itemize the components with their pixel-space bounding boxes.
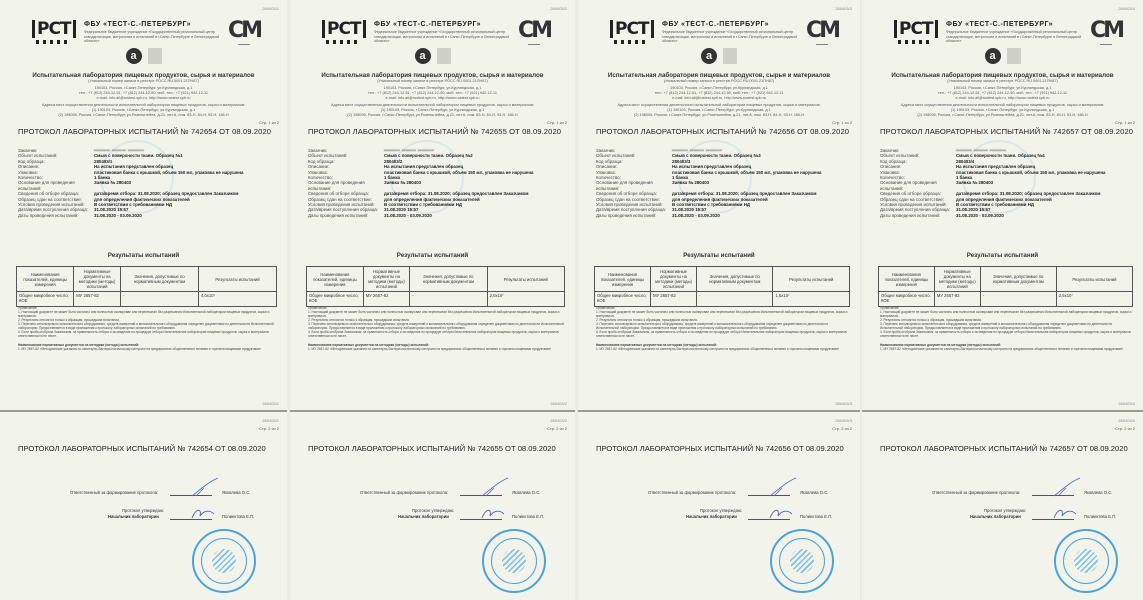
- result-cell: 4,0x10⁷: [198, 292, 276, 307]
- page-number: Стр. 2 из 2: [547, 426, 567, 431]
- certification-icon: [148, 48, 162, 64]
- results-table: Наименования показателей, единицы измере…: [594, 266, 850, 307]
- activity-address-2: (2) 198095, Россия, г.Санкт-Петербург, у…: [578, 113, 860, 118]
- header-indicator: Наименования показателей, единицы измере…: [879, 267, 935, 292]
- page-number: Стр. 1 из 2: [259, 120, 279, 125]
- organization-description: Федеральное бюджетное учреждение «Госуда…: [84, 30, 224, 44]
- protocol-title: ПРОТОКОЛ ЛАБОРАТОРНЫХ ИСПЫТАНИЙ № 742654…: [18, 444, 266, 453]
- sample-code-corner: 280403/1: [262, 418, 279, 423]
- laboratory-title: Испытательная лаборатория пищевых продук…: [0, 72, 287, 79]
- sm-logo: СМ ▬▬▬▬: [228, 20, 260, 46]
- accreditation-icon: a: [985, 48, 1001, 64]
- customer-value: •••••••• ••••••• ••••••••: [956, 148, 1135, 153]
- indicator-cell: Общее микробное число, КОЕ: [17, 292, 74, 307]
- result-cell: 1,5x10⁷: [773, 292, 850, 307]
- protocol-page-1: 280403/1 РСТ ФБУ «ТЕСТ-С.-ПЕТЕРБУРГ» Фед…: [0, 0, 287, 410]
- organization-name: ФБУ «ТЕСТ-С.-ПЕТЕРБУРГ»: [84, 21, 224, 28]
- organization-info: ФБУ «ТЕСТ-С.-ПЕТЕРБУРГ» Федеральное бюдж…: [946, 21, 1086, 44]
- protocol-title: ПРОТОКОЛ ЛАБОРАТОРНЫХ ИСПЫТАНИЙ № 742655…: [308, 444, 556, 453]
- customer-value: •••••••• ••••••• ••••••••: [94, 148, 279, 153]
- organization-name: ФБУ «ТЕСТ-С.-ПЕТЕРБУРГ»: [946, 21, 1086, 28]
- responsible-name: Яковлева О.С.: [222, 490, 250, 495]
- head-label: Начальник лаборатории: [398, 514, 449, 519]
- results-table: Наименования показателей, единицы измере…: [16, 266, 277, 307]
- official-stamp: [482, 529, 546, 593]
- laboratory-title: Испытательная лаборатория пищевых продук…: [862, 72, 1143, 79]
- protocol-title: ПРОТОКОЛ ЛАБОРАТОРНЫХ ИСПЫТАНИЙ № 742657…: [880, 444, 1128, 453]
- page-number: Стр. 2 из 2: [259, 426, 279, 431]
- letterhead: РСТ ФБУ «ТЕСТ-С.-ПЕТЕРБУРГ» Федеральное …: [0, 18, 287, 48]
- sample-code-corner: 280403/1: [262, 6, 279, 11]
- sm-logo: СМ ▬▬▬▬: [518, 20, 550, 46]
- organization-description: Федеральное бюджетное учреждение «Госуда…: [374, 30, 514, 44]
- header-method: Нормативные документы на методики (метод…: [651, 267, 697, 292]
- sample-info: Заказчик:•••••••• ••••••• •••••••• Объек…: [596, 148, 852, 218]
- test-dates-value: 31.08.2020 - 03.09.2020: [956, 213, 1135, 218]
- table-row: Общее микробное число, КОЕ МУ 2657-82 - …: [17, 292, 277, 307]
- notes-block: Примечания: 1. Настоящий документ не мож…: [18, 306, 277, 351]
- note-1: 1. Настоящий документ не может быть част…: [308, 310, 565, 318]
- header-result: Результаты испытаний: [487, 267, 564, 292]
- laboratory-email: e-mail: info.ail@rustest.spb.ru, http://…: [862, 96, 1143, 101]
- results-table: Наименования показателей, единицы измере…: [306, 266, 565, 307]
- certification-icon: [723, 48, 737, 64]
- accreditation-icon: a: [701, 48, 717, 64]
- note-4: 4. Если проба отобрана Заказчиком, за пр…: [308, 330, 565, 338]
- official-stamp: [770, 529, 834, 593]
- rst-logo: РСТ: [32, 20, 76, 44]
- note-3: 3. Перечень используемого испытательного…: [596, 322, 850, 330]
- responsible-label: Ответственный за формирование протокола:: [360, 490, 448, 495]
- protocol-document: 280403/1 РСТ ФБУ «ТЕСТ-С.-ПЕТЕРБУРГ» Фед…: [0, 0, 287, 600]
- protocol-title: ПРОТОКОЛ ЛАБОРАТОРНЫХ ИСПЫТАНИЙ № 742656…: [596, 444, 844, 453]
- signature-icon: [1052, 506, 1078, 522]
- header-method: Нормативные документы на методики (метод…: [934, 267, 980, 292]
- accreditation-badges: a: [701, 48, 737, 64]
- header-indicator: Наименования показателей, единицы измере…: [307, 267, 364, 292]
- sample-code-corner: 280403/2: [550, 418, 567, 423]
- sample-code-corner: 280403/3: [835, 418, 852, 423]
- method-1: 1. МУ 2657-82 «Методические указания по …: [18, 347, 277, 351]
- laboratory-email: e-mail: info.ail@rustest.spb.ru, http://…: [290, 96, 575, 101]
- head-name: Полиектова Е.П.: [800, 514, 832, 519]
- official-stamp: [1054, 529, 1118, 593]
- protocol-page-1: 280403/2 РСТ ФБУ «ТЕСТ-С.-ПЕТЕРБУРГ» Фед…: [290, 0, 575, 410]
- sample-code-corner: 280403/4: [1118, 6, 1135, 11]
- table-row: Общее микробное число, КОЕ МУ 2657-82 - …: [879, 292, 1133, 307]
- organization-info: ФБУ «ТЕСТ-С.-ПЕТЕРБУРГ» Федеральное бюдж…: [374, 21, 514, 44]
- notes-block: Примечания: 1. Настоящий документ не мож…: [308, 306, 565, 351]
- header-allowed: Значения, допустимые по нормативным доку…: [410, 267, 487, 292]
- protocol-document: 280403/2 РСТ ФБУ «ТЕСТ-С.-ПЕТЕРБУРГ» Фед…: [290, 0, 575, 600]
- rst-logo: РСТ: [610, 20, 654, 44]
- responsible-name: Яковлева О.С.: [1084, 490, 1112, 495]
- protocol-title: ПРОТОКОЛ ЛАБОРАТОРНЫХ ИСПЫТАНИЙ № 742655…: [308, 127, 561, 136]
- table-row: Общее микробное число, КОЕ МУ 2657-82 - …: [307, 292, 565, 307]
- laboratory-block: Испытательная лаборатория пищевых продук…: [578, 72, 860, 118]
- head-name: Полиектова Е.П.: [1084, 514, 1116, 519]
- results-table: Наименования показателей, единицы измере…: [878, 266, 1133, 307]
- sample-code-footer: 280403/4: [1118, 401, 1135, 406]
- protocol-title: ПРОТОКОЛ ЛАБОРАТОРНЫХ ИСПЫТАНИЙ № 742657…: [880, 127, 1133, 136]
- basis-value: Заявка № 280403: [384, 180, 567, 191]
- allowed-cell: -: [410, 292, 487, 307]
- head-name: Полиектова Е.П.: [512, 514, 544, 519]
- method-cell: МУ 2657-82: [74, 292, 121, 307]
- customer-value: •••••••• ••••••• ••••••••: [672, 148, 852, 153]
- responsible-label: Ответственный за формирование протокола:: [932, 490, 1020, 495]
- note-3: 3. Перечень используемого испытательного…: [308, 322, 565, 330]
- laboratory-block: Испытательная лаборатория пищевых продук…: [0, 72, 287, 118]
- letterhead: РСТ ФБУ «ТЕСТ-С.-ПЕТЕРБУРГ» Федеральное …: [290, 18, 575, 48]
- laboratory-email: e-mail: info.ail@rustest.spb.ru, http://…: [578, 96, 860, 101]
- letterhead: РСТ ФБУ «ТЕСТ-С.-ПЕТЕРБУРГ» Федеральное …: [862, 18, 1143, 48]
- page-number: Стр. 1 из 2: [547, 120, 567, 125]
- method-cell: МУ 2657-82: [934, 292, 980, 307]
- header-allowed: Значения, допустимые по нормативным доку…: [980, 267, 1056, 292]
- sample-code-corner: 280403/2: [550, 6, 567, 11]
- notes-block: Примечания: 1. Настоящий документ не мож…: [880, 306, 1133, 351]
- signature-icon: [768, 476, 798, 498]
- accreditation-badges: a: [415, 48, 451, 64]
- page-number: Стр. 1 из 2: [832, 120, 852, 125]
- organization-description: Федеральное бюджетное учреждение «Госуда…: [662, 30, 802, 44]
- accreditation-icon: a: [415, 48, 431, 64]
- header-result: Результаты испытаний: [1056, 267, 1132, 292]
- protocol-document: 280403/3 РСТ ФБУ «ТЕСТ-С.-ПЕТЕРБУРГ» Фед…: [578, 0, 860, 600]
- header-result: Результаты испытаний: [773, 267, 850, 292]
- page-number: Стр. 1 из 2: [1115, 120, 1135, 125]
- sample-code-footer: 280403/1: [262, 401, 279, 406]
- head-label: Начальник лаборатории: [686, 514, 737, 519]
- organization-info: ФБУ «ТЕСТ-С.-ПЕТЕРБУРГ» Федеральное бюдж…: [84, 21, 224, 44]
- protocol-document: 280403/4 РСТ ФБУ «ТЕСТ-С.-ПЕТЕРБУРГ» Фед…: [862, 0, 1143, 600]
- basis-value: Заявка № 280403: [956, 180, 1135, 191]
- official-stamp: [192, 529, 256, 593]
- responsible-name: Яковлева О.С.: [800, 490, 828, 495]
- head-label: Начальник лаборатории: [970, 514, 1021, 519]
- accreditation-icon: a: [126, 48, 142, 64]
- page-number: Стр. 2 из 2: [1115, 426, 1135, 431]
- basis-value: Заявка № 280403: [94, 180, 279, 191]
- sample-code-footer: 280403/2: [550, 401, 567, 406]
- activity-address-2: (2) 198095, Россия, г.Санкт-Петербург, у…: [0, 113, 287, 118]
- protocol-page-2: 280403/4 Стр. 2 из 2 ПРОТОКОЛ ЛАБОРАТОРН…: [862, 412, 1143, 600]
- laboratory-registry: (Уникальный номер записи в реестре РОСС …: [578, 79, 860, 84]
- approved-label: Протокол утверждаю:: [412, 508, 454, 513]
- certification-icon: [437, 48, 451, 64]
- signature-icon: [190, 506, 216, 522]
- signature-icon: [480, 506, 506, 522]
- letterhead: РСТ ФБУ «ТЕСТ-С.-ПЕТЕРБУРГ» Федеральное …: [578, 18, 860, 48]
- indicator-cell: Общее микробное число, КОЕ: [307, 292, 364, 307]
- method-1: 1. МУ 2657-82 «Методические указания по …: [308, 347, 565, 351]
- note-4: 4. Если проба отобрана Заказчиком, за пр…: [880, 330, 1133, 338]
- indicator-cell: Общее микробное число, КОЕ: [595, 292, 651, 307]
- protocol-page-1: 280403/4 РСТ ФБУ «ТЕСТ-С.-ПЕТЕРБУРГ» Фед…: [862, 0, 1143, 410]
- header-allowed: Значения, допустимые по нормативным доку…: [120, 267, 198, 292]
- customer-value: •••••••• ••••••• ••••••••: [384, 148, 567, 153]
- rst-logo: РСТ: [322, 20, 366, 44]
- signature-icon: [1052, 476, 1082, 498]
- responsible-label: Ответственный за формирование протокола:: [70, 490, 158, 495]
- indicator-cell: Общее микробное число, КОЕ: [879, 292, 935, 307]
- table-row: Общее микробное число, КОЕ МУ 2657-82 - …: [595, 292, 850, 307]
- laboratory-block: Испытательная лаборатория пищевых продук…: [290, 72, 575, 118]
- header-allowed: Значения, допустимые по нормативным доку…: [696, 267, 773, 292]
- organization-name: ФБУ «ТЕСТ-С.-ПЕТЕРБУРГ»: [662, 21, 802, 28]
- signature-icon: [480, 476, 510, 498]
- approved-label: Протокол утверждаю:: [984, 508, 1026, 513]
- page-number: Стр. 2 из 2: [832, 426, 852, 431]
- notes-block: Примечания: 1. Настоящий документ не мож…: [596, 306, 850, 351]
- method-1: 1. МУ 2657-82 «Методические указания по …: [880, 347, 1133, 351]
- sample-info: Заказчик:•••••••• ••••••• •••••••• Объек…: [18, 148, 279, 218]
- header-result: Результаты испытаний: [198, 267, 276, 292]
- sample-info: Заказчик:•••••••• ••••••• •••••••• Объек…: [880, 148, 1135, 218]
- laboratory-title: Испытательная лаборатория пищевых продук…: [290, 72, 575, 79]
- responsible-name: Яковлева О.С.: [512, 490, 540, 495]
- note-1: 1. Настоящий документ не может быть част…: [880, 310, 1133, 318]
- protocol-page-1: 280403/3 РСТ ФБУ «ТЕСТ-С.-ПЕТЕРБУРГ» Фед…: [578, 0, 860, 410]
- results-title: Результаты испытаний: [862, 252, 1143, 259]
- note-4: 4. Если проба отобрана Заказчиком, за пр…: [18, 330, 277, 338]
- results-title: Результаты испытаний: [578, 252, 860, 259]
- sample-code-corner: 280403/3: [835, 6, 852, 11]
- allowed-cell: -: [696, 292, 773, 307]
- test-dates-value: 31.08.2020 - 03.09.2020: [672, 213, 852, 218]
- activity-address-2: (2) 198095, Россия, г.Санкт-Петербург, у…: [862, 113, 1143, 118]
- laboratory-title: Испытательная лаборатория пищевых продук…: [578, 72, 860, 79]
- signature-icon: [190, 476, 220, 498]
- allowed-cell: -: [980, 292, 1056, 307]
- note-3: 3. Перечень используемого испытательного…: [18, 322, 277, 330]
- results-title: Результаты испытаний: [290, 252, 575, 259]
- method-1: 1. МУ 2657-82 «Методические указания по …: [596, 347, 850, 351]
- note-1: 1. Настоящий документ не может быть част…: [18, 310, 277, 318]
- organization-description: Федеральное бюджетное учреждение «Госуда…: [946, 30, 1086, 44]
- header-method: Нормативные документы на методики (метод…: [363, 267, 409, 292]
- allowed-cell: -: [120, 292, 198, 307]
- head-label: Начальник лаборатории: [108, 514, 159, 519]
- rst-logo: РСТ: [894, 20, 938, 44]
- result-cell: 2,0x10⁷: [487, 292, 564, 307]
- protocol-page-2: 280403/1 Стр. 2 из 2 ПРОТОКОЛ ЛАБОРАТОРН…: [0, 412, 287, 600]
- organization-name: ФБУ «ТЕСТ-С.-ПЕТЕРБУРГ»: [374, 21, 514, 28]
- result-cell: 2,5x10⁷: [1056, 292, 1132, 307]
- header-indicator: Наименования показателей, единицы измере…: [17, 267, 74, 292]
- accreditation-badges: a: [985, 48, 1021, 64]
- note-4: 4. Если проба отобрана Заказчиком, за пр…: [596, 330, 850, 338]
- responsible-label: Ответственный за формирование протокола:: [648, 490, 736, 495]
- sample-info: Заказчик:•••••••• ••••••• •••••••• Объек…: [308, 148, 567, 218]
- protocol-page-2: 280403/2 Стр. 2 из 2 ПРОТОКОЛ ЛАБОРАТОРН…: [290, 412, 575, 600]
- laboratory-registry: (Уникальный номер записи в реестре РОСС …: [0, 79, 287, 84]
- laboratory-registry: (Уникальный номер записи в реестре РОСС …: [862, 79, 1143, 84]
- sample-code-footer: 280403/3: [835, 401, 852, 406]
- sm-logo: СМ ▬▬▬▬: [1090, 20, 1122, 46]
- protocol-title: ПРОТОКОЛ ЛАБОРАТОРНЫХ ИСПЫТАНИЙ № 742654…: [18, 127, 271, 136]
- protocol-page-2: 280403/3 Стр. 2 из 2 ПРОТОКОЛ ЛАБОРАТОРН…: [578, 412, 860, 600]
- results-title: Результаты испытаний: [0, 252, 287, 259]
- activity-address-2: (2) 198095, Россия, г.Санкт-Петербург, у…: [290, 113, 575, 118]
- header-indicator: Наименования показателей, единицы измере…: [595, 267, 651, 292]
- head-name: Полиектова Е.П.: [222, 514, 254, 519]
- laboratory-registry: (Уникальный номер записи в реестре РОСС …: [290, 79, 575, 84]
- basis-value: Заявка № 280403: [672, 180, 852, 191]
- sample-code-corner: 280403/4: [1118, 418, 1135, 423]
- laboratory-email: e-mail: info.ail@rustest.spb.ru, http://…: [0, 96, 287, 101]
- certification-icon: [1007, 48, 1021, 64]
- approved-label: Протокол утверждаю:: [122, 508, 164, 513]
- note-1: 1. Настоящий документ не может быть част…: [596, 310, 850, 318]
- method-cell: МУ 2657-82: [651, 292, 697, 307]
- test-dates-value: 31.08.2020 - 03.09.2020: [94, 213, 279, 218]
- accreditation-badges: a: [126, 48, 162, 64]
- header-method: Нормативные документы на методики (метод…: [74, 267, 121, 292]
- note-3: 3. Перечень используемого испытательного…: [880, 322, 1133, 330]
- organization-info: ФБУ «ТЕСТ-С.-ПЕТЕРБУРГ» Федеральное бюдж…: [662, 21, 802, 44]
- laboratory-block: Испытательная лаборатория пищевых продук…: [862, 72, 1143, 118]
- test-dates-value: 31.08.2020 - 03.09.2020: [384, 213, 567, 218]
- protocol-title: ПРОТОКОЛ ЛАБОРАТОРНЫХ ИСПЫТАНИЙ № 742656…: [596, 127, 849, 136]
- approved-label: Протокол утверждаю:: [700, 508, 742, 513]
- signature-icon: [768, 506, 794, 522]
- method-cell: МУ 2657-82: [363, 292, 409, 307]
- sm-logo: СМ ▬▬▬▬: [806, 20, 838, 46]
